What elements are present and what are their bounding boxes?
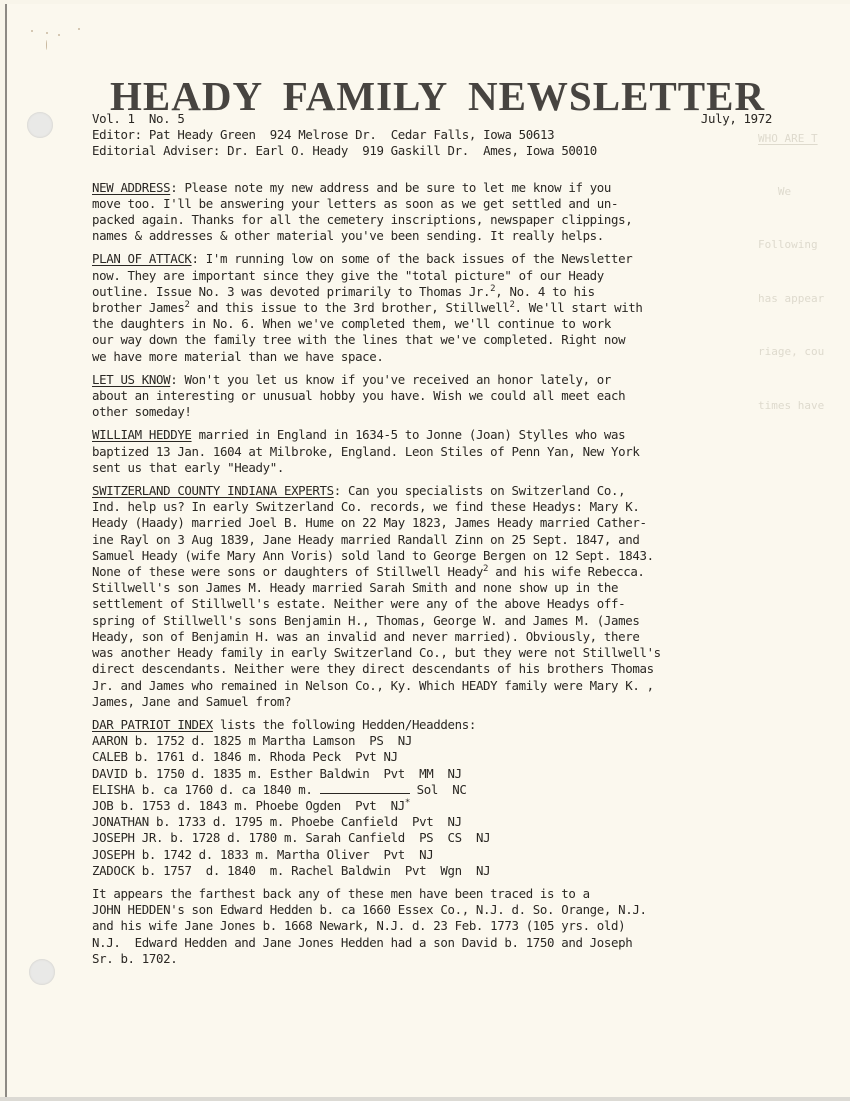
patriot-name: DAVID [92,766,128,781]
section-heading: WILLIAM HEDDYE [92,427,192,442]
dar-entry: JOSEPH b. 1742 d. 1833 m. Martha Oliver … [92,847,772,863]
hole-punch-bottom [29,959,55,985]
patriot-name: ZADOCK [92,863,135,878]
section-heading: NEW ADDRESS [92,180,170,195]
section-heading: DAR PATRIOT INDEX [92,717,213,732]
section-new-address: NEW ADDRESS: Please note my new address … [92,180,772,245]
dar-entry: CALEB b. 1761 d. 1846 m. Rhoda Peck Pvt … [92,749,772,765]
adviser-name: Dr. Earl O. Heady [227,143,348,158]
patriot-name: JOB [92,798,113,813]
editor-line: Editor: Pat Heady Green 924 Melrose Dr. … [92,127,772,143]
dar-entry: JOSEPH JR. b. 1728 d. 1780 m. Sarah Canf… [92,830,772,846]
patriot-name: JOSEPH [92,847,135,862]
section-dar-patriot-index: DAR PATRIOT INDEX lists the following He… [92,717,772,879]
section-plan-of-attack: PLAN OF ATTACK: I'm running low on some … [92,251,772,364]
blank-line [320,783,410,794]
section-heading: PLAN OF ATTACK [92,251,192,266]
dar-entry: JOB b. 1753 d. 1843 m. Phoebe Ogden Pvt … [92,798,772,814]
patriot-name: CALEB [92,749,128,764]
section-heading: LET US KNOW [92,372,170,387]
newsletter-body: Vol. 1 No. 5 July, 1972 Editor: Pat Head… [92,111,772,967]
issue-date: July, 1972 [701,111,772,127]
volume: Vol. 1 [92,111,135,126]
section-let-us-know: LET US KNOW: Won't you let us know if yo… [92,372,772,421]
section-switzerland-county: SWITZERLAND COUNTY INDIANA EXPERTS: Can … [92,483,772,710]
patriot-name: AARON [92,733,128,748]
dar-entry: JONATHAN b. 1733 d. 1795 m. Phoebe Canfi… [92,814,772,830]
section-closing: It appears the farthest back any of thes… [92,886,772,967]
adviser-line: Editorial Adviser: Dr. Earl O. Heady 919… [92,143,772,159]
paper-specks [28,28,83,53]
issue-number: No. 5 [149,111,185,126]
hole-punch-top [27,112,53,138]
dar-entry-list: AARON b. 1752 d. 1825 m Martha Lamson PS… [92,733,772,879]
issue-header: Vol. 1 No. 5 July, 1972 Editor: Pat Head… [92,111,772,160]
dar-entry: DAVID b. 1750 d. 1835 m. Esther Baldwin … [92,766,772,782]
patriot-name: JONATHAN [92,814,149,829]
asterisk-mark: * [405,798,410,808]
editor-name: Pat Heady Green [149,127,256,142]
patriot-name: JOSEPH JR. [92,830,163,845]
patriot-name: ELISHA [92,782,135,797]
dar-entry: ELISHA b. ca 1760 d. ca 1840 m. Sol NC [92,782,772,798]
section-heading: SWITZERLAND COUNTY INDIANA EXPERTS [92,483,334,498]
section-william-heddye: WILLIAM HEDDYE married in England in 163… [92,427,772,476]
dar-entry: AARON b. 1752 d. 1825 m Martha Lamson PS… [92,733,772,749]
dar-entry: ZADOCK b. 1757 d. 1840 m. Rachel Baldwin… [92,863,772,879]
page-bottom-edge [0,1097,850,1101]
